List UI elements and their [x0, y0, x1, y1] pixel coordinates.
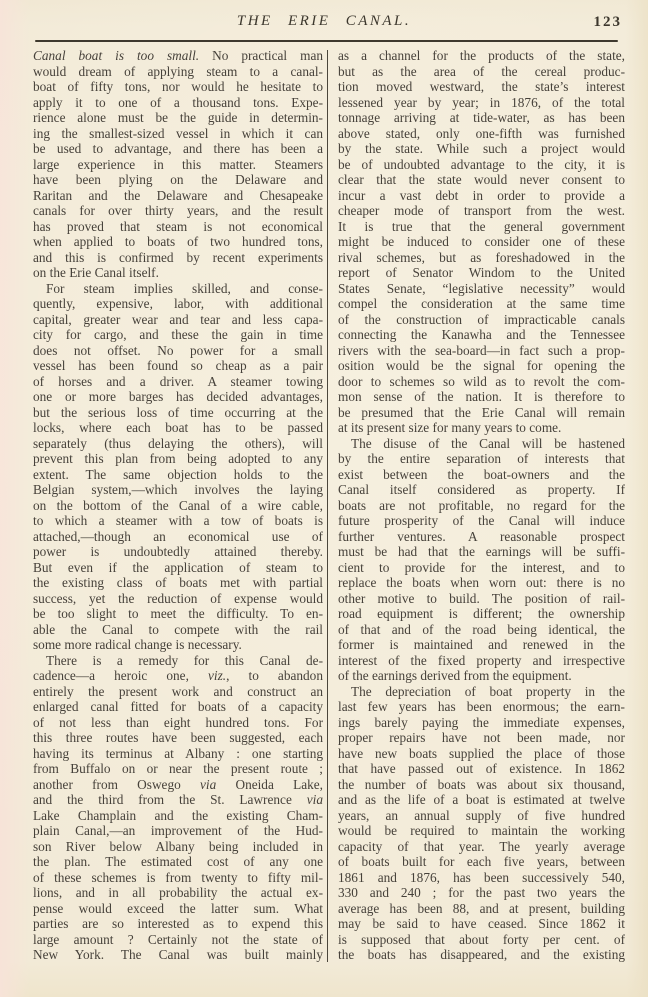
text-line: report of Senator Windom to the United	[338, 265, 625, 281]
text-line: connecting the Kanawha and the Tennessee	[338, 327, 625, 343]
text-line: to which a steamer with a tow of boats i…	[33, 513, 323, 529]
text-line: of boats built for each five years, betw…	[338, 854, 625, 870]
header-rule	[35, 40, 618, 42]
text-segment: , to abandon	[226, 668, 323, 683]
text-line: ing the smallest-sized vessel in which i…	[33, 126, 323, 142]
text-line: interest of the fixed property and irres…	[338, 653, 625, 669]
text-line: tonnage arriving at tide-water, as has b…	[338, 110, 625, 126]
text-line: locks, where each boat has to be passed	[33, 420, 323, 436]
text-line: apply it to one of a thousand tons. Expe…	[33, 95, 323, 111]
book-page: THE ERIE CANAL. 123 Canal boat is too sm…	[0, 0, 648, 997]
text-line: does not offset. No power for a small	[33, 343, 323, 359]
text-line: must be had that the earnings will be su…	[338, 544, 625, 560]
text-line: It is true that the general government	[338, 219, 625, 235]
text-line: cheaper mode of transport from the west.	[338, 203, 625, 219]
text-line: capital, greater wear and tear and less …	[33, 312, 323, 328]
text-line: of that and of the road being identical,…	[338, 622, 625, 638]
text-line: boats are not profitable, no regard for …	[338, 498, 625, 514]
text-line: having its terminus at Albany : one star…	[33, 746, 323, 762]
text-line: lessened year by year; in 1876, of the t…	[338, 95, 625, 111]
text-line: entirely the present work and construct …	[33, 684, 323, 700]
text-line: door to schemes so wild as to revolt the…	[338, 374, 625, 390]
text-line: further ventures. A reasonable prospect	[338, 529, 625, 545]
text-line: may be said to have ceased. Since 1862 i…	[338, 916, 625, 932]
text-line: plain Canal,—an improvement of the Hud-	[33, 823, 323, 839]
text-line: osition would be the signal for opening …	[338, 358, 625, 374]
text-line: vessel has been found so cheap as a pair	[33, 358, 323, 374]
text-line: this three routes have been suggested, e…	[33, 730, 323, 746]
text-line: replace the boats when worn out: there i…	[338, 575, 625, 591]
text-line: attached,—though an economical use of	[33, 529, 323, 545]
text-column-right: as a channel for the products of the sta…	[338, 48, 625, 963]
italic-text: via	[200, 777, 216, 792]
text-line: extent. The same objection holds to the	[33, 467, 323, 483]
text-line: pense would exceed the latter sum. What	[33, 901, 323, 917]
text-line: exist between the boat-owners and the	[338, 467, 625, 483]
column-divider-rule	[327, 50, 328, 962]
text-line: mon sense of the nation. It is therefore…	[338, 389, 625, 405]
text-line: 330 and 240 ; for the past two years the	[338, 885, 625, 901]
text-line: The disuse of the Canal will be hastened	[338, 436, 625, 452]
text-line: from Buffalo on or near the present rout…	[33, 761, 323, 777]
text-line: of not less than eight hundred tons. For	[33, 715, 323, 731]
italic-text: viz.	[208, 668, 226, 683]
text-line: separately (thus delaying the others), w…	[33, 436, 323, 452]
text-line: power is undoubtedly attained thereby.	[33, 544, 323, 560]
text-line: by the entire separation of interests th…	[338, 451, 625, 467]
text-line: average has been 88, and at present, bui…	[338, 901, 625, 917]
text-line: success, yet the reduction of expense wo…	[33, 591, 323, 607]
italic-text: via	[307, 792, 323, 807]
text-line: clear that the state would never consent…	[338, 172, 625, 188]
text-line: able the Canal to compete with the rail	[33, 622, 323, 638]
text-line: former is maintained and renewed in the	[338, 637, 625, 653]
text-line: of the construction of impracticable can…	[338, 312, 625, 328]
text-line: would be required to maintain the workin…	[338, 823, 625, 839]
text-line: New York. The Canal was built mainly	[33, 947, 323, 963]
text-line: at its present size for many years to co…	[338, 420, 625, 436]
text-line: have new boats supplied the place of tho…	[338, 746, 625, 762]
text-line: Lake Champlain and the existing Cham-	[33, 808, 323, 824]
text-line: Raritan and the Delaware and Chesapeake	[33, 188, 323, 204]
text-line: parties are so interested as to expend t…	[33, 916, 323, 932]
text-segment: Oneida Lake,	[216, 777, 323, 792]
text-line: of the earnings derived from the equipme…	[338, 668, 625, 684]
text-line: the boats has disappeared, and the exist…	[338, 947, 625, 963]
text-line: of these schemes is from twenty to fifty…	[33, 870, 323, 886]
text-line: incur a vast debt in order to provide a	[338, 188, 625, 204]
text-line: be used to advantage, and there has been…	[33, 141, 323, 157]
text-line: some more radical change is necessary.	[33, 637, 323, 653]
text-line: States Senate, “legislative necessity” w…	[338, 281, 625, 297]
text-line: but as the area of the cereal produc-	[338, 64, 625, 80]
text-line: years, an annual supply of five hundred	[338, 808, 625, 824]
text-segment: another from Oswego	[33, 777, 200, 792]
text-line: but the serious loss of time occurring a…	[33, 405, 323, 421]
text-line: boat of fifty tons, nor would he hesitat…	[33, 79, 323, 95]
text-line: son River below Albany being included in	[33, 839, 323, 855]
text-line: is supposed that about forty per cent. o…	[338, 932, 625, 948]
text-line: the plan. The estimated cost of any one	[33, 854, 323, 870]
text-line: Canal itself considered as property. If	[338, 482, 625, 498]
text-line: But even if the application of steam to	[33, 560, 323, 576]
text-segment: No practical man	[199, 48, 323, 63]
text-line: has proved that steam is not economical	[33, 219, 323, 235]
text-line: on the Erie Canal itself.	[33, 265, 323, 281]
text-line: might be induced to consider one of thes…	[338, 234, 625, 250]
text-line: last few years has been enormous; the ea…	[338, 699, 625, 715]
running-head-title: THE ERIE CANAL.	[0, 13, 648, 30]
text-line: and the third from the St. Lawrence via	[33, 792, 323, 808]
text-line: rience alone must be the guide in determ…	[33, 110, 323, 126]
text-line: as a channel for the products of the sta…	[338, 48, 625, 64]
text-line: city for cargo, and these the gain in ti…	[33, 327, 323, 343]
text-line: There is a remedy for this Canal de-	[33, 653, 323, 669]
text-line: be too slight to meet the difficulty. To…	[33, 606, 323, 622]
text-column-left: Canal boat is too small. No practical ma…	[33, 48, 323, 963]
text-line: tion moved westward, the state’s interes…	[338, 79, 625, 95]
page-number: 123	[594, 14, 623, 31]
text-line: capacity of that year. The yearly averag…	[338, 839, 625, 855]
text-line: prevent this plan from being adopted to …	[33, 451, 323, 467]
text-line: and as the life of a boat is estimated a…	[338, 792, 625, 808]
text-line: large amount ? Certainly not the state o…	[33, 932, 323, 948]
text-line: would dream of applying steam to a canal…	[33, 64, 323, 80]
text-line: the existing class of boats met with par…	[33, 575, 323, 591]
text-line: of horses and a driver. A steamer towing	[33, 374, 323, 390]
text-line: Belgian system,—which involves the layin…	[33, 482, 323, 498]
text-line: another from Oswego via Oneida Lake,	[33, 777, 323, 793]
text-line: be presumed that the Erie Canal will rem…	[338, 405, 625, 421]
text-line: The depreciation of boat property in the	[338, 684, 625, 700]
italic-text: Canal boat is too small.	[33, 48, 199, 63]
text-line: on the bottom of the Canal of a wire cab…	[33, 498, 323, 514]
text-line: cadence—a heroic one, viz., to abandon	[33, 668, 323, 684]
text-segment: and the third from the St. Lawrence	[33, 792, 307, 807]
text-line: lions, and in all probability the actual…	[33, 885, 323, 901]
text-line: enlarged canal fitted for boats of a cap…	[33, 699, 323, 715]
text-line: cient to provide for the interest, and t…	[338, 560, 625, 576]
text-line: other motive to build. The position of r…	[338, 591, 625, 607]
text-line: be of undoubted advantage to the city, i…	[338, 157, 625, 173]
text-line: canals for over thirty years, and the re…	[33, 203, 323, 219]
text-line: have been plying on the Delaware and	[33, 172, 323, 188]
text-line: proper repairs have not been made, nor	[338, 730, 625, 746]
text-line: Canal boat is too small. No practical ma…	[33, 48, 323, 64]
text-line: large experience in this matter. Steamer…	[33, 157, 323, 173]
text-line: and this is confirmed by recent experime…	[33, 250, 323, 266]
text-line: when applied to boats of two hundred ton…	[33, 234, 323, 250]
text-line: that have passed out of existence. In 18…	[338, 761, 625, 777]
text-segment: cadence—a heroic one,	[33, 668, 208, 683]
text-line: compel the consideration at the same tim…	[338, 296, 625, 312]
text-line: rivers with the sea-board—in fact such a…	[338, 343, 625, 359]
text-line: 1861 and 1876, has been successively 540…	[338, 870, 625, 886]
text-line: ings barely paying the immediate expense…	[338, 715, 625, 731]
text-line: rival schemes, but as foreshadowed in th…	[338, 250, 625, 266]
text-line: quently, expensive, labor, with addition…	[33, 296, 323, 312]
text-line: by the state. While such a project would	[338, 141, 625, 157]
text-line: future prosperity of the Canal will indu…	[338, 513, 625, 529]
text-line: above stated, only one-fifth was furnish…	[338, 126, 625, 142]
text-line: road equipment is different; the ownersh…	[338, 606, 625, 622]
text-line: For steam implies skilled, and conse-	[33, 281, 323, 297]
text-line: the number of boats was about six thousa…	[338, 777, 625, 793]
text-line: one or more barges has decided advantage…	[33, 389, 323, 405]
